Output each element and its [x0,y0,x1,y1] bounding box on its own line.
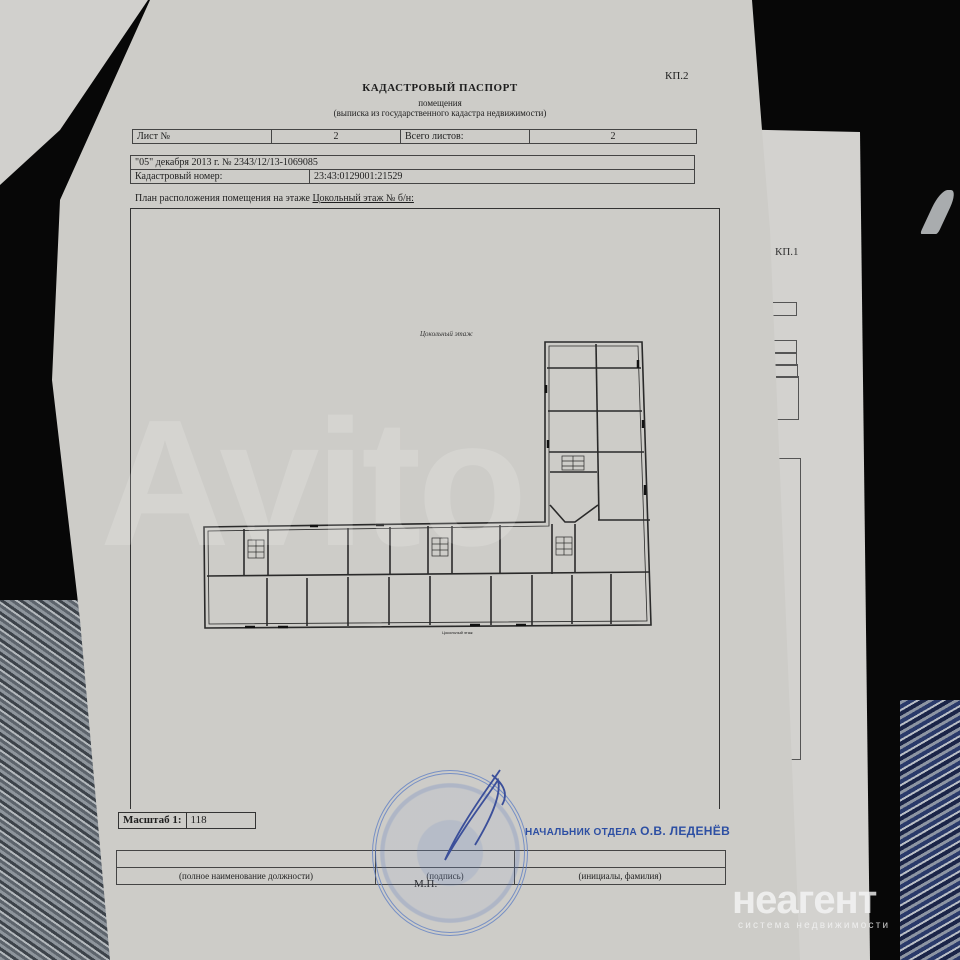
stamped-position: НАЧАЛЬНИК ОТДЕЛА [525,827,637,838]
avito-watermark: Avito [100,380,523,587]
stamped-name: О.В. ЛЕДЕНЁВ [640,824,730,838]
svg-text:Цокольный этаж: Цокольный этаж [442,630,473,635]
name-caption: (инициалы, фамилия) [515,868,726,885]
name-field [515,851,726,868]
position-caption: (полное наименование должности) [117,868,376,885]
stamped-official: НАЧАЛЬНИК ОТДЕЛА О.В. ЛЕДЕНЁВ [525,824,730,838]
scale-value: 118 [186,813,255,828]
neagent-tagline: система недвижимости [738,920,890,931]
handwritten-signature-icon [430,765,520,865]
neagent-watermark: неагент система недвижимости [732,880,890,931]
scale-field: Масштаб 1:118 [118,812,256,829]
position-field [117,851,376,868]
scale-label: Масштаб 1: [119,813,186,828]
neagent-brand: неагент [732,880,890,920]
